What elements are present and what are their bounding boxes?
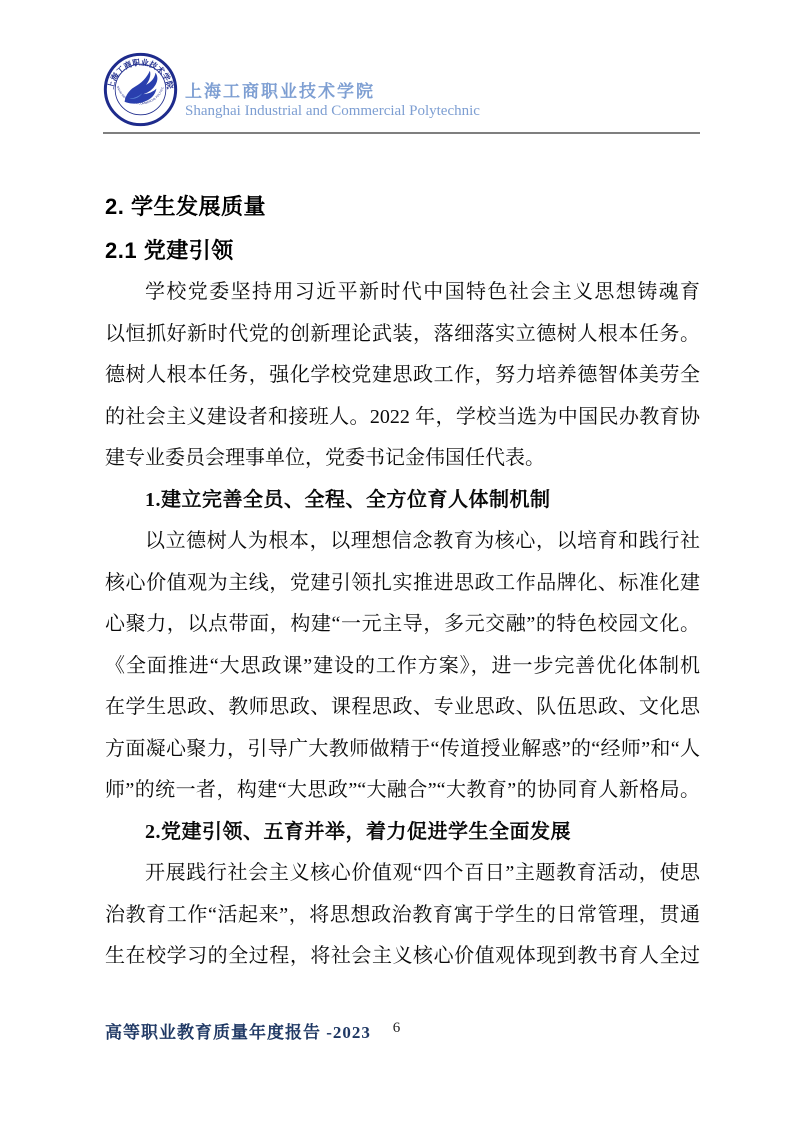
- text-line: 核心价值观为主线，党建引领扎实推进思政工作品牌化、标准化建设，凝: [105, 563, 700, 605]
- paragraph-1: 学校党委坚持用习近平新时代中国特色社会主义思想铸魂育人，持之以恒抓好新时代党的创…: [105, 272, 700, 480]
- text-line: 心聚力，以点带面，构建“一元主导，多元交融”的特色校园文化。围绕: [105, 604, 700, 646]
- school-names: 上海工商职业技术学院 Shanghai Industrial and Comme…: [185, 59, 480, 121]
- paragraph-2: 以立德树人为根本，以理想信念教育为核心，以培育和践行社会主义核心价值观为主线，党…: [105, 521, 700, 812]
- page-footer: 高等职业教育质量年度报告 -2023 6: [0, 1018, 793, 1044]
- text-line: 在学生思政、教师思政、课程思政、专业思政、队伍思政、文化思政六个: [105, 687, 700, 729]
- document-page: 上海工商职业技术学院 SHANGHAI INDUSTRIAL & COMMERC…: [0, 0, 793, 1122]
- footer-page-number: 6: [0, 1020, 793, 1037]
- text-line: 建专业委员会理事单位，党委书记金伟国任代表。: [105, 438, 700, 480]
- paragraph-3: 开展践行社会主义核心价值观“四个百日”主题教育活动，使思想政治教育工作“活起来”…: [105, 853, 700, 978]
- text-line: 以恒抓好新时代党的创新理论武装，落细落实立德树人根本任务。聚焦立: [105, 314, 700, 356]
- section-heading: 2. 学生发展质量: [105, 190, 266, 221]
- text-line: 的社会主义建设者和接班人。2022 年，学校当选为中国民办教育协会党: [105, 397, 700, 439]
- text-line: 生在校学习的全过程，将社会主义核心价值观体现到教书育人全过程。党: [105, 936, 700, 978]
- school-name-en: Shanghai Industrial and Commercial Polyt…: [185, 102, 480, 121]
- text-line: 治教育工作“活起来”，将思想政治教育寓于学生的日常管理，贯通于学: [105, 895, 700, 937]
- text-line: 开展践行社会主义核心价值观“四个百日”主题教育活动，使思想政: [105, 853, 700, 895]
- page-header: 上海工商职业技术学院 SHANGHAI INDUSTRIAL & COMMERC…: [103, 52, 480, 127]
- school-logo-icon: 上海工商职业技术学院 SHANGHAI INDUSTRIAL & COMMERC…: [103, 52, 178, 127]
- text-line: 学校党委坚持用习近平新时代中国特色社会主义思想铸魂育人，持之: [105, 272, 700, 314]
- text-line: 方面凝心聚力，引导广大教师做精于“传道授业解惑”的“经师”和“人: [105, 729, 700, 771]
- school-name-zh: 上海工商职业技术学院: [185, 81, 480, 102]
- header-divider: [103, 132, 700, 134]
- text-line: 德树人根本任务，强化学校党建思政工作，努力培养德智体美劳全面发展: [105, 355, 700, 397]
- document-body: 学校党委坚持用习近平新时代中国特色社会主义思想铸魂育人，持之以恒抓好新时代党的创…: [105, 272, 700, 978]
- text-line: 师”的统一者，构建“大思政”“大融合”“大教育”的协同育人新格局。: [105, 770, 700, 812]
- point-heading-1: 1.建立完善全员、全程、全方位育人体制机制: [105, 480, 700, 522]
- text-line: 《全面推进“大思政课”建设的工作方案》，进一步完善优化体制机制，: [105, 646, 700, 688]
- text-line: 以立德树人为根本，以理想信念教育为核心，以培育和践行社会主义: [105, 521, 700, 563]
- point-heading-2: 2.党建引领、五育并举，着力促进学生全面发展: [105, 812, 700, 854]
- subsection-heading: 2.1 党建引领: [105, 234, 234, 265]
